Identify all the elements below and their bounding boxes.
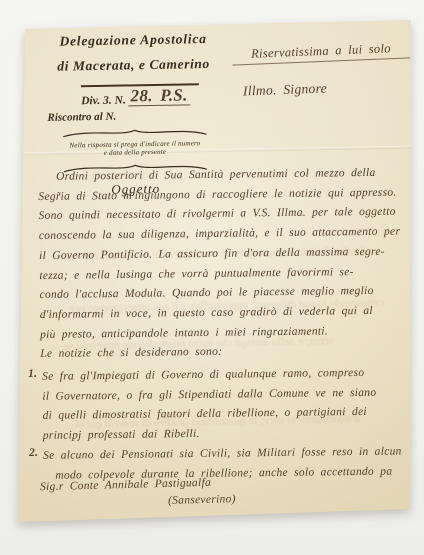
division-label: Div. 3. N. (81, 94, 126, 107)
list-item-2-number: 2. (29, 447, 38, 459)
confidentiality-note: Riservatissima a lui solo (232, 40, 411, 65)
body-line: Le notizie che si desiderano sono: (40, 341, 412, 365)
letter-paper: Segr̃ia di Stato m'ingiungono di raccogl… (0, 0, 424, 555)
handwritten-protocol-number: 28. P.S. (128, 85, 189, 106)
numbered-list: 1. Se fra gl'Impiegati di Governo di qua… (28, 363, 413, 486)
division-number-line: Div. 3. N. 28. P.S. (81, 86, 229, 109)
letter-body: Ordini posteriori di Sua Santità pervenu… (38, 163, 412, 365)
photo-background: Segr̃ia di Stato m'ingiungono di raccogl… (0, 0, 424, 555)
brace-divider-icon (60, 126, 210, 139)
place-line: (Sanseverino) (168, 493, 236, 507)
list-item-1-number: 1. (28, 368, 37, 380)
office-name-line1: Delegazione Apostolica (38, 31, 228, 50)
salutation: Illmo. Signore (243, 81, 327, 100)
office-name-line2: di Macerata, e Camerino (38, 56, 228, 75)
letter-paper-wrap: Segr̃ia di Stato m'ingiungono di raccogl… (0, 0, 424, 555)
reference-label: Riscontro al N. (47, 108, 229, 123)
list-item-1: 1. Se fra gl'Impiegati di Governo di qua… (28, 363, 413, 446)
